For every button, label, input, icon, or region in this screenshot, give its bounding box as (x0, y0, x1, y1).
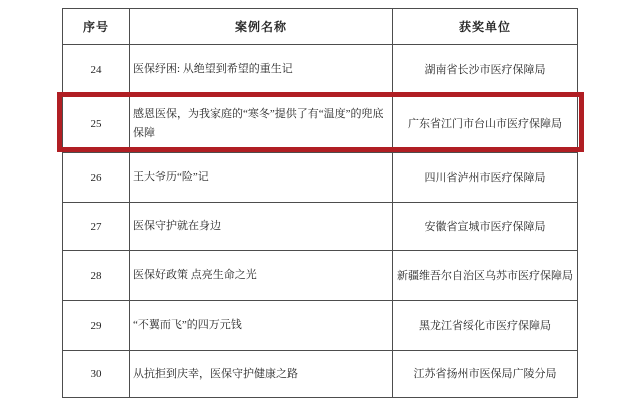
serial-number-cell: 26 (63, 153, 130, 203)
header-row: 序号 案例名称 获奖单位 (63, 9, 578, 45)
table-row: 24 医保纾困: 从绝望到希望的重生记 湖南省长沙市医疗保障局 (63, 45, 578, 95)
serial-number-cell: 29 (63, 301, 130, 351)
case-name-cell: 从抗拒到庆幸，医保守护健康之路 (130, 351, 393, 398)
serial-number-cell: 27 (63, 203, 130, 251)
table-body: 24 医保纾困: 从绝望到希望的重生记 湖南省长沙市医疗保障局 25 感恩医保，… (63, 45, 578, 398)
table-row: 27 医保守护就在身边 安徽省宣城市医疗保障局 (63, 203, 578, 251)
case-name-cell: 医保好政策 点亮生命之光 (130, 251, 393, 301)
header-cell-case-name: 案例名称 (130, 9, 393, 45)
award-unit-cell: 新疆维吾尔自治区乌苏市医疗保障局 (393, 251, 578, 301)
table-row: 30 从抗拒到庆幸，医保守护健康之路 江苏省扬州市医保局广陵分局 (63, 351, 578, 398)
serial-number-cell: 30 (63, 351, 130, 398)
serial-number-cell: 25 (63, 95, 130, 153)
case-name-cell: 医保纾困: 从绝望到希望的重生记 (130, 45, 393, 95)
award-unit-cell: 黑龙江省绥化市医疗保障局 (393, 301, 578, 351)
award-unit-cell: 湖南省长沙市医疗保障局 (393, 45, 578, 95)
case-name-cell: 感恩医保，为我家庭的“寒冬”提供了有“温度”的兜底保障 (130, 95, 393, 153)
award-unit-cell: 安徽省宣城市医疗保障局 (393, 203, 578, 251)
case-name-cell: 王大爷历“险”记 (130, 153, 393, 203)
award-unit-cell: 四川省泸州市医疗保障局 (393, 153, 578, 203)
header-cell-serial-number: 序号 (63, 9, 130, 45)
header-cell-award-unit: 获奖单位 (393, 9, 578, 45)
table-row: 29 “不翼而飞”的四万元钱 黑龙江省绥化市医疗保障局 (63, 301, 578, 351)
case-name-cell: 医保守护就在身边 (130, 203, 393, 251)
serial-number-cell: 24 (63, 45, 130, 95)
table-row: 28 医保好政策 点亮生命之光 新疆维吾尔自治区乌苏市医疗保障局 (63, 251, 578, 301)
award-unit-cell: 广东省江门市台山市医疗保障局 (393, 95, 578, 153)
case-name-cell: “不翼而飞”的四万元钱 (130, 301, 393, 351)
award-cases-table: 序号 案例名称 获奖单位 24 医保纾困: 从绝望到希望的重生记 湖南省长沙市医… (62, 8, 578, 398)
serial-number-cell: 28 (63, 251, 130, 301)
award-unit-cell: 江苏省扬州市医保局广陵分局 (393, 351, 578, 398)
table-row: 26 王大爷历“险”记 四川省泸州市医疗保障局 (63, 153, 578, 203)
document-page: 序号 案例名称 获奖单位 24 医保纾困: 从绝望到希望的重生记 湖南省长沙市医… (0, 0, 640, 403)
table-row: 25 感恩医保，为我家庭的“寒冬”提供了有“温度”的兜底保障 广东省江门市台山市… (63, 95, 578, 153)
